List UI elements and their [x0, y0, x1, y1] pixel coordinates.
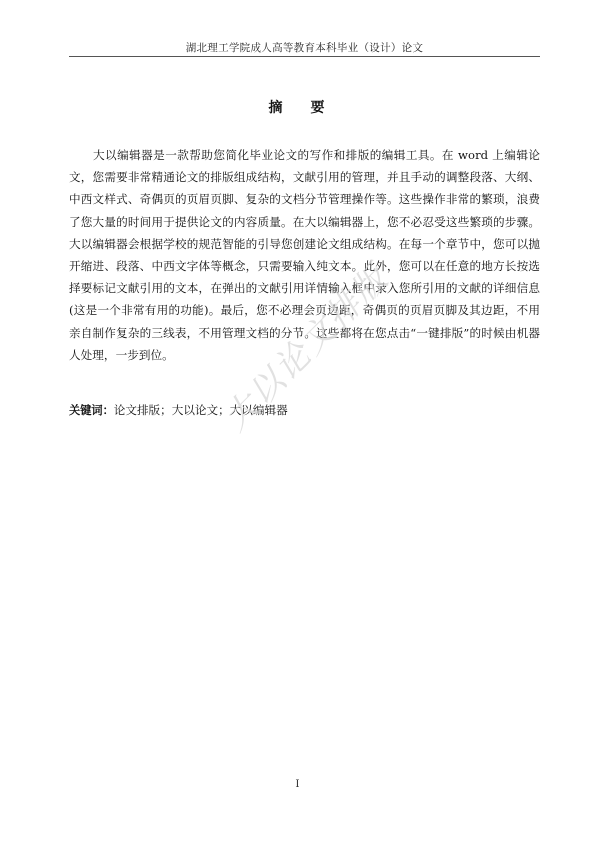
abstract-title-char-2: 要 — [311, 100, 327, 116]
abstract-paragraph: 大以编辑器是一款帮助您简化毕业论文的写作和排版的编辑工具。在 word 上编辑论… — [69, 144, 540, 366]
keywords-values: 论文排版；大以论文；大以编辑器 — [114, 403, 288, 417]
keywords-label: 关键词： — [69, 404, 114, 417]
running-header: 湖北理工学院成人高等教育本科毕业（设计）论文 — [69, 40, 540, 55]
abstract-title: 摘要 — [0, 97, 595, 117]
keywords-line: 关键词：论文排版；大以论文；大以编辑器 — [69, 400, 540, 421]
abstract-title-char-1: 摘 — [269, 100, 285, 116]
header-rule — [69, 56, 540, 57]
page-number: I — [0, 778, 595, 790]
